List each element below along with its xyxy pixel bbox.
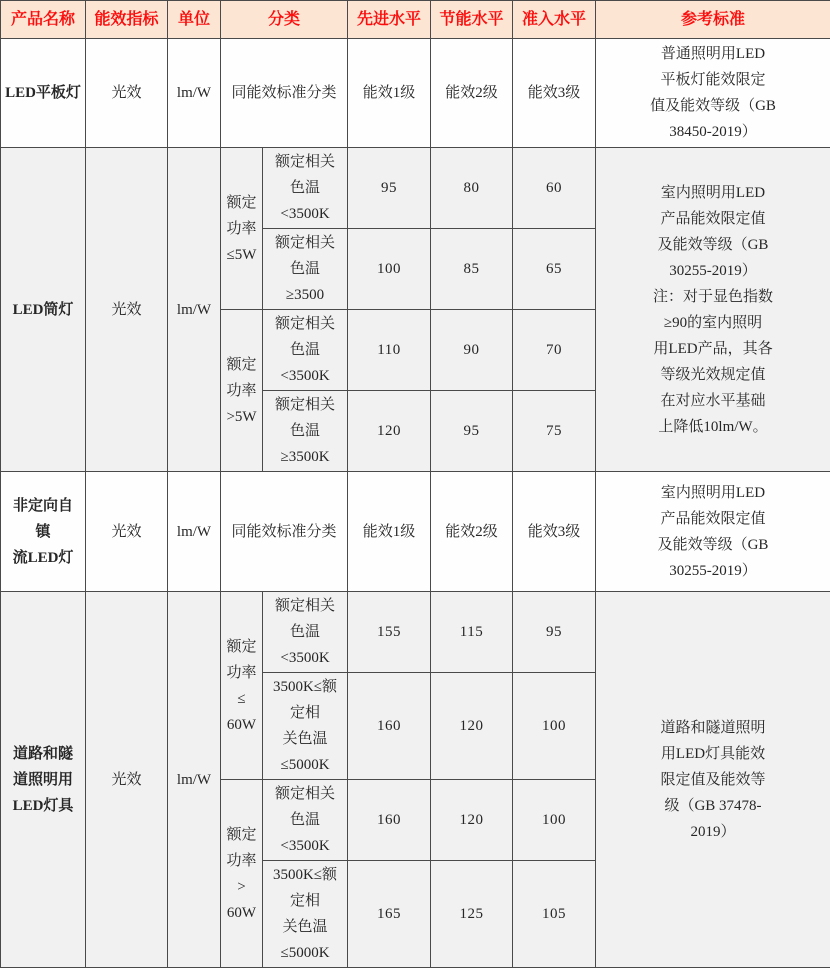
cell-entry-value: 70 (513, 310, 596, 391)
cell-entry-value: 65 (513, 229, 596, 310)
col-header-advanced: 先进水平 (348, 1, 431, 39)
cell-advanced-value: 100 (348, 229, 431, 310)
cell-product-name: LED平板灯 (1, 39, 86, 148)
led-efficiency-page: 产品名称 能效指标 单位 分类 先进水平 节能水平 准入水平 参考标准 LED平… (0, 0, 830, 903)
cell-unit: lm/W (168, 592, 221, 968)
cell-saving-value: 能效2级 (431, 472, 513, 592)
cell-saving-value: 125 (431, 861, 513, 968)
cell-saving-value: 能效2级 (431, 39, 513, 148)
cell-entry-value: 能效3级 (513, 39, 596, 148)
col-header-entry: 准入水平 (513, 1, 596, 39)
cell-unit: lm/W (168, 148, 221, 472)
col-header-unit: 单位 (168, 1, 221, 39)
cell-advanced-value: 120 (348, 391, 431, 472)
cell-saving-value: 80 (431, 148, 513, 229)
cell-advanced-value: 160 (348, 673, 431, 780)
cell-classification: 同能效标准分类 (221, 39, 348, 148)
row-led-downlight-1: LED筒灯 光效 lm/W 额定 功率 ≤5W 额定相关 色温 <3500K 9… (1, 148, 830, 229)
cell-saving-value: 115 (431, 592, 513, 673)
cell-advanced-value: 110 (348, 310, 431, 391)
cell-saving-value: 90 (431, 310, 513, 391)
header-row: 产品名称 能效指标 单位 分类 先进水平 节能水平 准入水平 参考标准 (1, 1, 830, 39)
cell-saving-value: 95 (431, 391, 513, 472)
cell-cct-range: 额定相关 色温 <3500K (263, 592, 348, 673)
cell-reference-standard: 道路和隧道照明 用LED灯具能效 限定值及能效等 级（GB 37478- 201… (596, 592, 830, 968)
led-efficiency-table: 产品名称 能效指标 单位 分类 先进水平 节能水平 准入水平 参考标准 LED平… (0, 0, 830, 968)
cell-cct-range: 额定相关 色温 ≥3500K (263, 391, 348, 472)
row-non-directional-lamp: 非定向自 镇 流LED灯 光效 lm/W 同能效标准分类 能效1级 能效2级 能… (1, 472, 830, 592)
cell-reference-standard: 室内照明用LED 产品能效限定值 及能效等级（GB 30255-2019） (596, 472, 830, 592)
cell-product-name: LED筒灯 (1, 148, 86, 472)
cell-power-group: 额定 功率 > 60W (221, 780, 263, 968)
cell-unit: lm/W (168, 472, 221, 592)
cell-entry-value: 100 (513, 673, 596, 780)
cell-advanced-value: 160 (348, 780, 431, 861)
col-header-saving: 节能水平 (431, 1, 513, 39)
cell-advanced-value: 165 (348, 861, 431, 968)
cell-saving-value: 120 (431, 780, 513, 861)
cell-entry-value: 100 (513, 780, 596, 861)
col-header-product-name: 产品名称 (1, 1, 86, 39)
cell-product-name: 道路和隧 道照明用 LED灯具 (1, 592, 86, 968)
row-road-tunnel-1: 道路和隧 道照明用 LED灯具 光效 lm/W 额定 功率 ≤ 60W 额定相关… (1, 592, 830, 673)
cell-reference-standard: 室内照明用LED 产品能效限定值 及能效等级（GB 30255-2019） 注：… (596, 148, 830, 472)
cell-power-group: 额定 功率 ≤5W (221, 148, 263, 310)
cell-entry-value: 75 (513, 391, 596, 472)
row-led-panel: LED平板灯 光效 lm/W 同能效标准分类 能效1级 能效2级 能效3级 普通… (1, 39, 830, 148)
cell-efficiency-indicator: 光效 (86, 39, 168, 148)
cell-cct-range: 额定相关 色温 <3500K (263, 310, 348, 391)
cell-entry-value: 105 (513, 861, 596, 968)
cell-cct-range: 额定相关 色温 <3500K (263, 148, 348, 229)
cell-unit: lm/W (168, 39, 221, 148)
col-header-indicator: 能效指标 (86, 1, 168, 39)
col-header-reference: 参考标准 (596, 1, 830, 39)
cell-classification: 同能效标准分类 (221, 472, 348, 592)
cell-efficiency-indicator: 光效 (86, 148, 168, 472)
cell-saving-value: 120 (431, 673, 513, 780)
cell-cct-range: 3500K≤额 定相 关色温 ≤5000K (263, 673, 348, 780)
cell-advanced-value: 能效1级 (348, 472, 431, 592)
cell-entry-value: 60 (513, 148, 596, 229)
cell-saving-value: 85 (431, 229, 513, 310)
cell-reference-standard: 普通照明用LED 平板灯能效限定 值及能效等级（GB 38450-2019） (596, 39, 830, 148)
col-header-classification: 分类 (221, 1, 348, 39)
cell-cct-range: 额定相关 色温 <3500K (263, 780, 348, 861)
cell-power-group: 额定 功率 >5W (221, 310, 263, 472)
cell-power-group: 额定 功率 ≤ 60W (221, 592, 263, 780)
cell-efficiency-indicator: 光效 (86, 592, 168, 968)
cell-advanced-value: 能效1级 (348, 39, 431, 148)
cell-cct-range: 3500K≤额 定相 关色温 ≤5000K (263, 861, 348, 968)
cell-entry-value: 能效3级 (513, 472, 596, 592)
cell-cct-range: 额定相关 色温 ≥3500 (263, 229, 348, 310)
cell-efficiency-indicator: 光效 (86, 472, 168, 592)
cell-entry-value: 95 (513, 592, 596, 673)
cell-product-name: 非定向自 镇 流LED灯 (1, 472, 86, 592)
cell-advanced-value: 95 (348, 148, 431, 229)
cell-advanced-value: 155 (348, 592, 431, 673)
